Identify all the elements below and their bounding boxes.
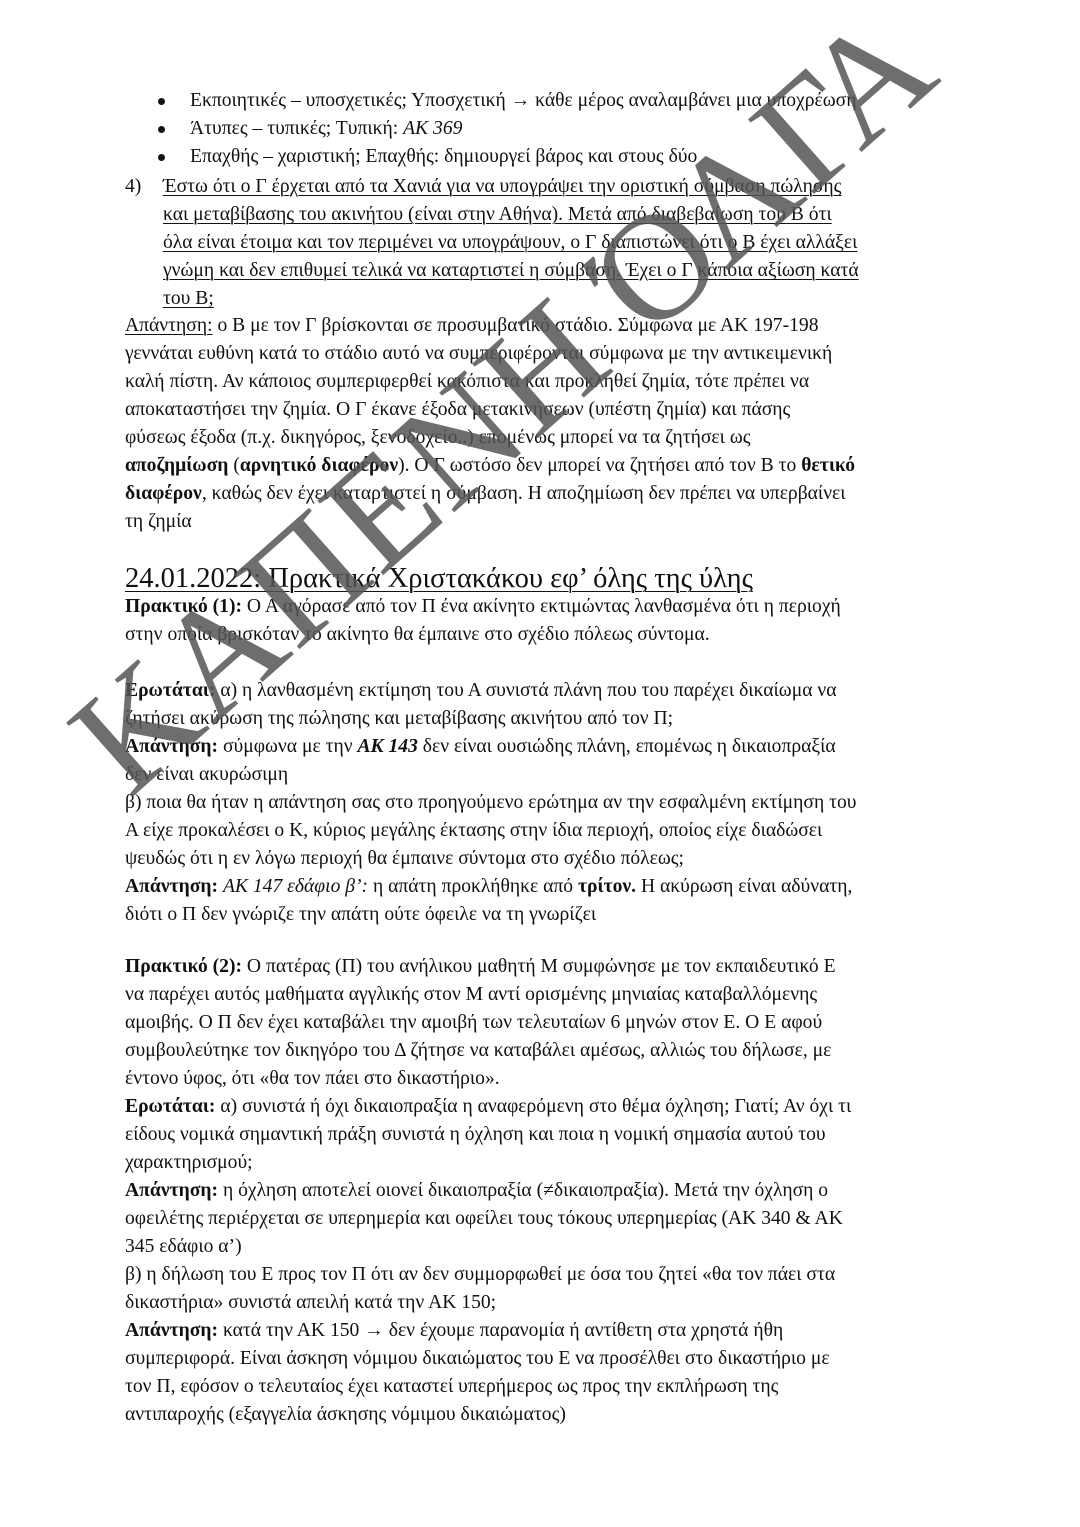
- text-run: Ερωτάται:: [125, 680, 215, 701]
- text-line: Ερωτάται: α) η λανθασμένη εκτίμηση του Α…: [125, 677, 837, 705]
- text-run: Πρακτικό (2):: [125, 956, 242, 977]
- text-run: β) η δήλωση του Ε προς τον Π ότι αν δεν …: [125, 1264, 835, 1285]
- text-run: διότι ο Π δεν γνώριζε την απάτη ούτε όφε…: [125, 904, 596, 925]
- text-run: δικαστήρια» συνιστά απειλή κατά την ΑΚ 1…: [125, 1292, 496, 1313]
- text-line: Απάντηση: ΑΚ 147 εδάφιο β’: η απάτη προκ…: [125, 873, 852, 901]
- text-line: ψευδώς ότι η εν λόγω περιοχή θα έμπαινε …: [125, 845, 684, 873]
- text-run: ). Ο Γ ωστόσο δεν μπορεί να ζητήσει από …: [398, 455, 801, 476]
- text-line: δικαστήρια» συνιστά απειλή κατά την ΑΚ 1…: [125, 1289, 496, 1317]
- bullet-icon: [158, 154, 165, 161]
- text-run: αντιπαροχής (εξαγγελία άσκησης νόμιμου δ…: [125, 1404, 566, 1425]
- text-line: τη ζημία: [125, 508, 192, 536]
- text-run: σύμφωνα με την: [218, 736, 357, 757]
- text-line: Έστω ότι ο Γ έρχεται από τα Χανιά για να…: [163, 173, 841, 201]
- text-run: τρίτον.: [578, 876, 636, 897]
- text-run: Απάντηση:: [125, 736, 218, 757]
- text-run: ψευδώς ότι η εν λόγω περιοχή θα έμπαινε …: [125, 848, 684, 869]
- text-line: Επαχθής – χαριστική; Επαχθής: δημιουργεί…: [190, 143, 697, 171]
- text-run: Εκποιητικές – υποσχετικές; Υποσχετική: [190, 90, 511, 111]
- text-run: στην οποία βρισκόταν το ακίνητο θα έμπαι…: [125, 624, 710, 645]
- text-line: Ερωτάται: α) συνιστά ή όχι δικαιοπραξία …: [125, 1093, 851, 1121]
- text-run: δεν έχουμε παρανομία ή αντίθετη στα χρησ…: [384, 1320, 783, 1341]
- text-run: και μεταβίβασης του ακινήτου (είναι στην…: [163, 204, 832, 225]
- text-run: Ο Α αγόρασε από τον Π ένα ακίνητο εκτιμώ…: [242, 596, 841, 617]
- list-marker: 4): [125, 173, 141, 201]
- text-run: ΑΚ 143: [357, 736, 417, 757]
- text-line: και μεταβίβασης του ακινήτου (είναι στην…: [163, 201, 832, 229]
- text-line: Πρακτικό (2): Ο πατέρας (Π) του ανήλικου…: [125, 953, 836, 981]
- text-run: Ο πατέρας (Π) του ανήλικου μαθητή Μ συμφ…: [242, 956, 836, 977]
- text-line: να παρέχει αυτός μαθήματα αγγλικής στον …: [125, 981, 817, 1009]
- text-run: β) ποια θα ήταν η απάντηση σας στο προηγ…: [125, 792, 857, 813]
- text-run: Απάντηση:: [125, 1180, 218, 1201]
- text-run: συμβουλεύτηκε τον δικηγόρο του Δ ζήτησε …: [125, 1040, 831, 1061]
- text-line: β) ποια θα ήταν η απάντηση σας στο προηγ…: [125, 789, 857, 817]
- text-run: α) συνιστά ή όχι δικαιοπραξία η αναφερόμ…: [215, 1096, 851, 1117]
- text-run: δεν είναι ακυρώσιμη: [125, 764, 288, 785]
- text-line: χαρακτηρισμού;: [125, 1149, 253, 1177]
- text-line: δεν είναι ακυρώσιμη: [125, 761, 288, 789]
- text-run: Απάντηση:: [125, 1320, 218, 1341]
- text-line: στην οποία βρισκόταν το ακίνητο θα έμπαι…: [125, 621, 710, 649]
- bullet-icon: [158, 98, 165, 105]
- text-run: α) η λανθασμένη εκτίμηση του Α συνιστά π…: [215, 680, 836, 701]
- text-run: Επαχθής – χαριστική; Επαχθής: δημιουργεί…: [190, 146, 697, 167]
- text-run: (: [228, 455, 239, 476]
- text-line: συμπεριφορά. Είναι άσκηση νόμιμου δικαιώ…: [125, 1345, 830, 1373]
- text-line: αντιπαροχής (εξαγγελία άσκησης νόμιμου δ…: [125, 1401, 566, 1429]
- text-run: δεν είναι ουσιώδης πλάνη, επομένως η δικ…: [418, 736, 836, 757]
- text-line: συμβουλεύτηκε τον δικηγόρο του Δ ζήτησε …: [125, 1037, 831, 1065]
- text-run: χαρακτηρισμού;: [125, 1152, 253, 1173]
- text-run: Α είχε προκαλέσει ο Κ, κύριος μεγάλης έκ…: [125, 820, 822, 841]
- text-line: Πρακτικό (1): Ο Α αγόρασε από τον Π ένα …: [125, 593, 841, 621]
- text-run: 345 εδάφιο α’): [125, 1236, 242, 1257]
- text-run: είδους νομικά σημαντική πράξη συνιστά η …: [125, 1124, 826, 1145]
- text-run: Πρακτικό (1):: [125, 596, 242, 617]
- text-line: είδους νομικά σημαντική πράξη συνιστά η …: [125, 1121, 826, 1149]
- text-run: οφειλέτης περιέρχεται σε υπερημερία και …: [125, 1208, 843, 1229]
- text-line: έντονο ύφος, ότι «θα τον πάει στο δικαστ…: [125, 1065, 500, 1093]
- text-run: αρνητικό διαφέρον: [240, 455, 398, 476]
- text-line: διότι ο Π δεν γνώριζε την απάτη ούτε όφε…: [125, 901, 596, 929]
- text-run: Η ακύρωση είναι αδύνατη,: [636, 876, 852, 897]
- text-run: Απάντηση:: [125, 315, 213, 336]
- text-run: τη ζημία: [125, 511, 192, 532]
- text-run: , καθώς δεν έχει καταρτιστεί η σύμβαση. …: [202, 483, 846, 504]
- text-line: Απάντηση: σύμφωνα με την ΑΚ 143 δεν είνα…: [125, 733, 836, 761]
- text-run: καλή πίστη. Αν κάποιος συμπεριφερθεί κακ…: [125, 371, 809, 392]
- text-line: γνώμη και δεν επιθυμεί τελικά να καταρτι…: [163, 257, 859, 285]
- text-run: του Β;: [163, 288, 214, 309]
- section-heading: 24.01.2022: Πρακτικά Χριστακάκου εφ’ όλη…: [125, 562, 753, 596]
- text-line: όλα είναι έτοιμα και τον περιμένει να υπ…: [163, 229, 857, 257]
- text-run: αποζημίωση: [125, 455, 228, 476]
- text-run: γεννάται ευθύνη κατά το στάδιο αυτό να σ…: [125, 343, 832, 364]
- text-run: όλα είναι έτοιμα και τον περιμένει να υπ…: [163, 232, 857, 253]
- text-run: έντονο ύφος, ότι «θα τον πάει στο δικαστ…: [125, 1068, 500, 1089]
- text-line: Απάντηση: κατά την ΑΚ 150 → δεν έχουμε π…: [125, 1317, 783, 1345]
- text-run: θετικό: [801, 455, 855, 476]
- text-run: κατά την ΑΚ 150: [218, 1320, 364, 1341]
- text-run: Έστω ότι ο Γ έρχεται από τα Χανιά για να…: [163, 176, 841, 197]
- text-run: ο Β με τον Γ βρίσκονται σε προσυμβατικό …: [213, 315, 819, 336]
- text-line: Εκποιητικές – υποσχετικές; Υποσχετική → …: [190, 87, 856, 115]
- text-run: κάθε μέρος αναλαμβάνει μια υποχρέωση: [530, 90, 856, 111]
- text-line: τον Π, εφόσον ο τελευταίος έχει καταστεί…: [125, 1373, 778, 1401]
- text-line: καλή πίστη. Αν κάποιος συμπεριφερθεί κακ…: [125, 368, 809, 396]
- text-run: Απάντηση:: [125, 876, 218, 897]
- text-run: ζητήσει ακύρωση της πώλησης και μεταβίβα…: [125, 708, 673, 729]
- text-run: Ερωτάται:: [125, 1096, 215, 1117]
- text-line: αποκαταστήσει την ζημία. Ο Γ έκανε έξοδα…: [125, 396, 790, 424]
- text-run: διαφέρον: [125, 483, 202, 504]
- text-run: ΑΚ 369: [403, 118, 462, 139]
- bullet-icon: [158, 126, 165, 133]
- text-line: αμοιβής. Ο Π δεν έχει καταβάλει την αμοι…: [125, 1009, 822, 1037]
- text-line: Απάντηση: η όχληση αποτελεί οιονεί δικαι…: [125, 1177, 828, 1205]
- text-line: φύσεως έξοδα (π.χ. δικηγόρος, ξενοδοχείο…: [125, 424, 751, 452]
- text-line: γεννάται ευθύνη κατά το στάδιο αυτό να σ…: [125, 340, 832, 368]
- text-run: ΑΚ 147 εδάφιο β’:: [223, 876, 368, 897]
- text-run: αποκαταστήσει την ζημία. Ο Γ έκανε έξοδα…: [125, 399, 790, 420]
- document-page: Εκποιητικές – υποσχετικές; Υποσχετική → …: [0, 0, 1080, 1527]
- text-line: οφειλέτης περιέρχεται σε υπερημερία και …: [125, 1205, 843, 1233]
- text-line: 345 εδάφιο α’): [125, 1233, 242, 1261]
- text-line: αποζημίωση (αρνητικό διαφέρον). Ο Γ ωστό…: [125, 452, 855, 480]
- text-line: του Β;: [163, 285, 214, 313]
- text-line: Απάντηση: ο Β με τον Γ βρίσκονται σε προ…: [125, 312, 819, 340]
- arrow-right-icon: →: [364, 1320, 384, 1341]
- text-line: διαφέρον, καθώς δεν έχει καταρτιστεί η σ…: [125, 480, 846, 508]
- text-run: συμπεριφορά. Είναι άσκηση νόμιμου δικαιώ…: [125, 1348, 830, 1369]
- text-run: αμοιβής. Ο Π δεν έχει καταβάλει την αμοι…: [125, 1012, 822, 1033]
- text-run: η απάτη προκλήθηκε από: [368, 876, 578, 897]
- text-run: γνώμη και δεν επιθυμεί τελικά να καταρτι…: [163, 260, 859, 281]
- arrow-right-icon: →: [511, 90, 531, 111]
- text-run: η όχληση αποτελεί οιονεί δικαιοπραξία (≠…: [218, 1180, 828, 1201]
- text-line: ζητήσει ακύρωση της πώλησης και μεταβίβα…: [125, 705, 673, 733]
- text-run: Άτυπες – τυπικές; Τυπική:: [190, 118, 403, 139]
- text-run: να παρέχει αυτός μαθήματα αγγλικής στον …: [125, 984, 817, 1005]
- text-line: β) η δήλωση του Ε προς τον Π ότι αν δεν …: [125, 1261, 835, 1289]
- text-run: φύσεως έξοδα (π.χ. δικηγόρος, ξενοδοχείο…: [125, 427, 751, 448]
- text-run: τον Π, εφόσον ο τελευταίος έχει καταστεί…: [125, 1376, 778, 1397]
- text-line: Α είχε προκαλέσει ο Κ, κύριος μεγάλης έκ…: [125, 817, 822, 845]
- text-line: Άτυπες – τυπικές; Τυπική: ΑΚ 369: [190, 115, 462, 143]
